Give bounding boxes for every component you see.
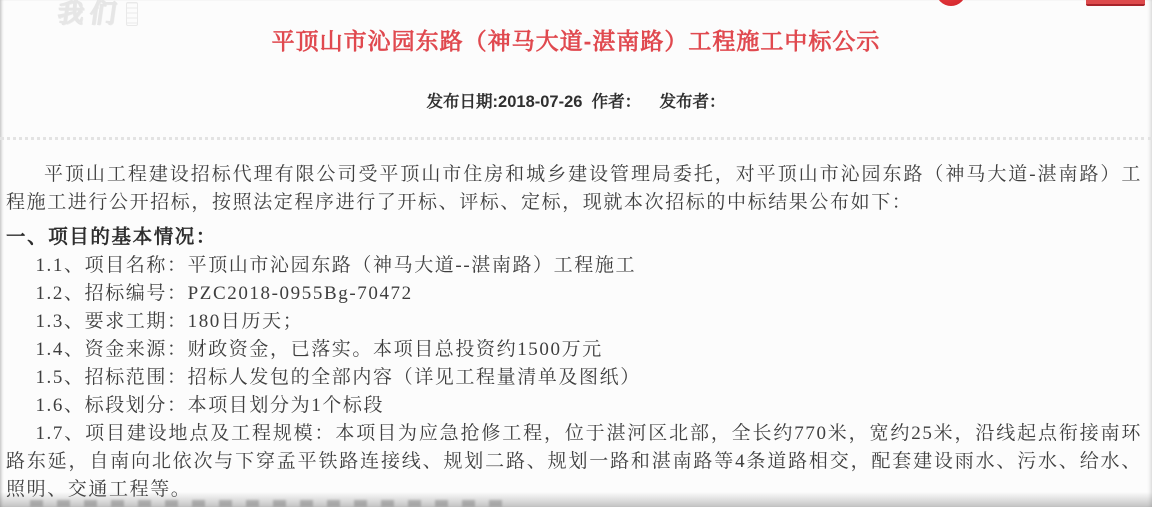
clipped-next-line [30,500,508,507]
section-heading: 一、项目的基本情况： [6,224,1142,252]
watermark-badge-icon [126,2,138,26]
item-1-2: 1.2、招标编号：PZC2018-0955Bg-70472 [6,280,1142,308]
record-dot-icon [936,0,966,6]
announcement-page: 我们 平顶山市沁园东路（神马大道-湛南路）工程施工中标公示 发布日期:2018-… [0,0,1152,507]
top-right-red-button[interactable] [1086,0,1145,6]
watermark-logo-text: 我们 [56,1,123,25]
item-1-5: 1.5、招标范围：招标人发包的全部内容（详见工程量清单及图纸） [6,364,1142,392]
item-1-7: 1.7、项目建设地点及工程规模：本项目为应急抢修工程，位于湛河区北部，全长约77… [6,420,1142,504]
item-1-3: 1.3、要求工期：180日历天； [6,308,1142,336]
article-body: 平顶山工程建设招标代理有限公司受平顶山市住房和城乡建设管理局委托，对平顶山市沁园… [0,161,1152,504]
item-1-1: 1.1、项目名称：平顶山市沁园东路（神马大道--湛南路）工程施工 [6,252,1142,280]
video-watermark: 我们 [58,1,138,27]
intro-paragraph: 平顶山工程建设招标代理有限公司受平顶山市住房和城乡建设管理局委托，对平顶山市沁园… [6,161,1142,217]
page-title: 平顶山市沁园东路（神马大道-湛南路）工程施工中标公示 [40,27,1112,55]
item-1-6: 1.6、标段划分：本项目划分为1个标段 [6,392,1142,420]
dotted-divider [0,137,1152,140]
publish-meta-line: 发布日期:2018-07-26 作者： 发布者： [0,88,1152,112]
item-1-4: 1.4、资金来源：财政资金，已落实。本项目总投资约1500万元 [6,336,1142,364]
